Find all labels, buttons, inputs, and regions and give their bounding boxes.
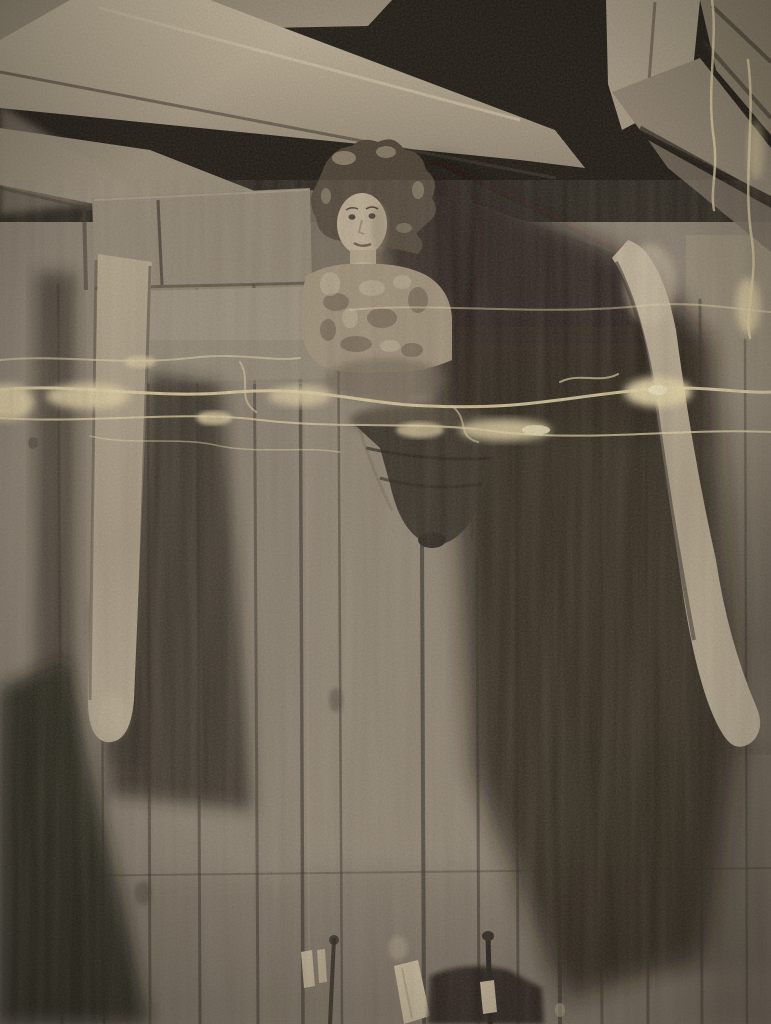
photograph xyxy=(0,0,771,1024)
vignette xyxy=(0,0,771,1024)
photo-canvas xyxy=(0,0,771,1024)
